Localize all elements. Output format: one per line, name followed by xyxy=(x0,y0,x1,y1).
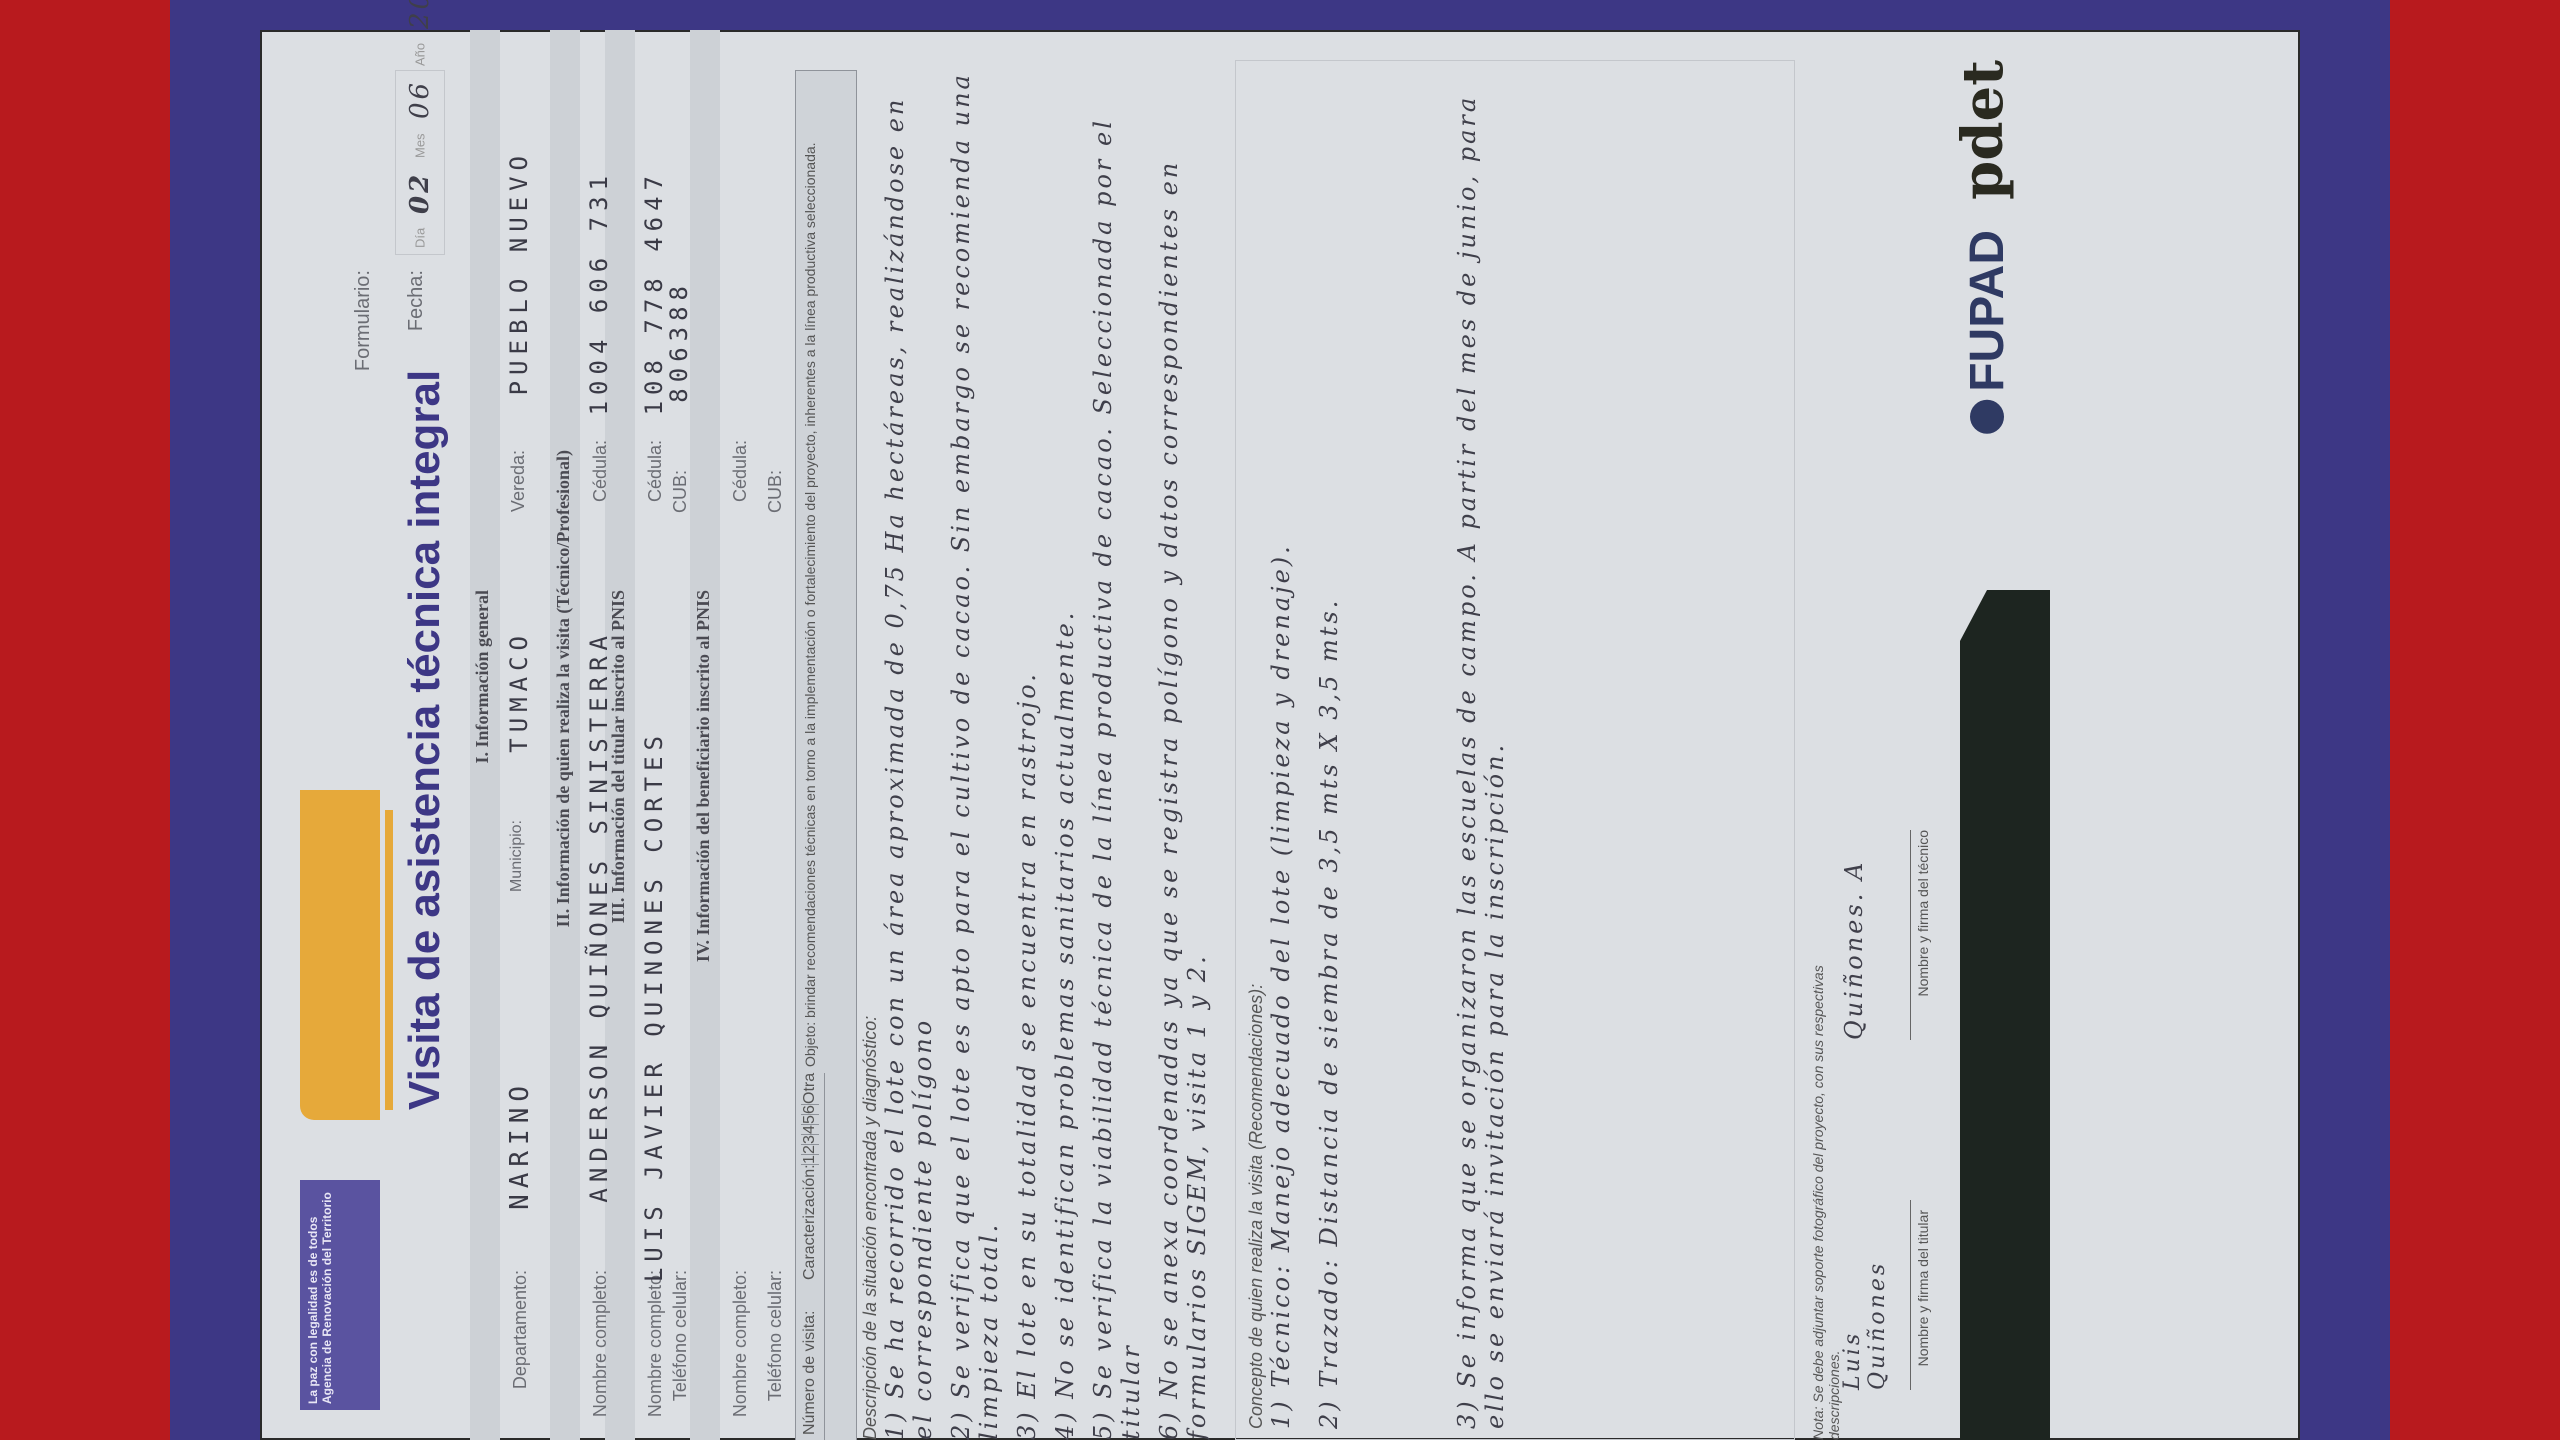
gov-logo-text-1: La paz con legalidad es de todos xyxy=(306,1217,320,1404)
titular-cedula-field[interactable]: 108 778 4647 xyxy=(640,170,668,415)
titular-cedula-label: Cédula: xyxy=(645,440,666,502)
globe-icon xyxy=(1971,400,2005,434)
ano-value: 2022 xyxy=(405,0,435,29)
fecha-label: Fecha: xyxy=(405,270,428,331)
signature-tecnico[interactable]: Quiñones. A xyxy=(1840,830,1911,1040)
departamento-field[interactable]: NARINO xyxy=(505,1080,535,1210)
form-sheet: La paz con legalidad es de todos Agencia… xyxy=(260,30,2300,1440)
visit-column-5[interactable]: 5 xyxy=(801,1115,819,1125)
gov-logo: La paz con legalidad es de todos Agencia… xyxy=(300,1180,380,1410)
description-item: 4) No se identifican problemas sanitario… xyxy=(1051,70,1079,1440)
visit-column-6[interactable]: 6 xyxy=(801,1105,819,1115)
dia-value: 02 xyxy=(405,172,435,214)
signature-titular-value: Luis Quiñones xyxy=(1840,1200,1890,1390)
tecnico-cedula-field[interactable]: 1004 606 731 xyxy=(585,170,613,415)
description-item: 5) Se verifica la viabilidad técnica de … xyxy=(1089,70,1145,1440)
formulario-label: Formulario: xyxy=(352,270,375,371)
recommendation-item: 3) Se informa que se organizaron las esc… xyxy=(1453,71,1509,1429)
description-item: 2) Se verifica que el lote es apto para … xyxy=(947,70,1003,1440)
section-1-heading: I. Información general xyxy=(472,590,493,763)
art-logo-icon xyxy=(300,790,380,1120)
recommendations-heading: Concepto de quien realiza la visita (Rec… xyxy=(1246,71,1267,1429)
signature-tecnico-value: Quiñones. A xyxy=(1840,830,1868,1040)
dia-label: Día xyxy=(413,228,428,248)
description-item: 6) No se anexa coordenadas ya que se reg… xyxy=(1155,70,1211,1440)
section-3-heading: III. Información del titular inscrito al… xyxy=(608,590,629,923)
caracterizacion-label: Caracterización: xyxy=(801,1165,819,1281)
recommendation-item: 1) Técnico: Manejo adecuado del lote (li… xyxy=(1267,71,1295,1429)
description-section: Descripción de la situación encontrada y… xyxy=(860,70,1220,1440)
art-logo-stripe xyxy=(385,810,393,1110)
mes-value: 06 xyxy=(405,80,435,119)
signature-titular[interactable]: Luis Quiñones xyxy=(1840,1200,1911,1390)
signature-tecnico-label: Nombre y firma del técnico xyxy=(1915,830,1931,997)
description-item: 1) Se ha recorrido el lote con un área a… xyxy=(881,70,937,1440)
description-item: 3) El lote en su totalidad se encuentra … xyxy=(1013,70,1041,1440)
pdet-logo: pdet xyxy=(1950,60,2016,200)
visit-column-otra[interactable]: Otra xyxy=(801,1073,819,1105)
recommendations-section: Concepto de quien realiza la visita (Rec… xyxy=(1235,60,1795,1440)
tecnico-cedula-label: Cédula: xyxy=(590,440,611,502)
fupad-logo: FUPAD xyxy=(1960,230,2015,434)
fupad-logo-text: FUPAD xyxy=(1960,230,2015,392)
signature-titular-label: Nombre y firma del titular xyxy=(1915,1210,1931,1366)
date-field[interactable]: Día 02 Mes 06 Año 2022 xyxy=(395,70,445,255)
municipio-field[interactable]: TUMACO xyxy=(505,630,533,753)
municipio-label: Municipio: xyxy=(508,820,526,892)
beneficiario-telefono-label: Teléfono celular: xyxy=(765,1270,786,1401)
description-heading: Descripción de la situación encontrada y… xyxy=(860,70,881,1440)
photo-note: Nota: Se debe adjuntar soporte fotográfi… xyxy=(1810,910,1842,1440)
vereda-field[interactable]: PUEBLO NUEVO xyxy=(505,150,533,395)
vereda-label: Vereda: xyxy=(508,450,529,512)
footer-dark-band xyxy=(1960,590,2050,1440)
objeto-text: Objeto: brindar recomendaciones técnicas… xyxy=(796,71,825,1073)
visit-column-2[interactable]: 2 xyxy=(801,1145,819,1155)
recommendation-item: 2) Trazado: Distancia de siembra de 3,5 … xyxy=(1315,71,1343,1429)
beneficiario-nombre-label: Nombre completo: xyxy=(730,1270,751,1417)
tecnico-nombre-label: Nombre completo: xyxy=(590,1270,611,1417)
visit-table: Número de visita: Caracterización: 12345… xyxy=(795,70,857,1440)
titular-nombre-field[interactable]: LUIS JAVIER QUINONES CORTES xyxy=(640,730,668,1282)
visit-column-1[interactable]: 1 xyxy=(801,1155,819,1165)
beneficiario-cub-label: CUB: xyxy=(765,470,786,513)
visit-column-3[interactable]: 3 xyxy=(801,1135,819,1145)
section-4-heading: IV. Información del beneficiario inscrit… xyxy=(693,590,714,962)
titular-nombre-label: Nombre completo: xyxy=(645,1270,666,1417)
visit-column-4[interactable]: 4 xyxy=(801,1125,819,1135)
mes-label: Mes xyxy=(413,133,428,158)
section-2-heading: II. Información de quien realiza la visi… xyxy=(553,450,574,927)
titular-cub-field[interactable]: 806388 xyxy=(665,280,693,403)
gov-logo-text-2: Agencia de Renovación del Territorio xyxy=(320,1192,334,1404)
ano-label: Año xyxy=(413,43,428,66)
numero-visita-label: Número de visita: xyxy=(801,1311,819,1436)
titular-telefono-label: Teléfono celular: xyxy=(670,1270,691,1401)
titular-cub-label: CUB: xyxy=(670,470,691,513)
departamento-label: Departamento: xyxy=(510,1270,531,1389)
pdet-logo-text: pdet xyxy=(1950,60,2016,200)
beneficiario-cedula-label: Cédula: xyxy=(730,440,751,502)
